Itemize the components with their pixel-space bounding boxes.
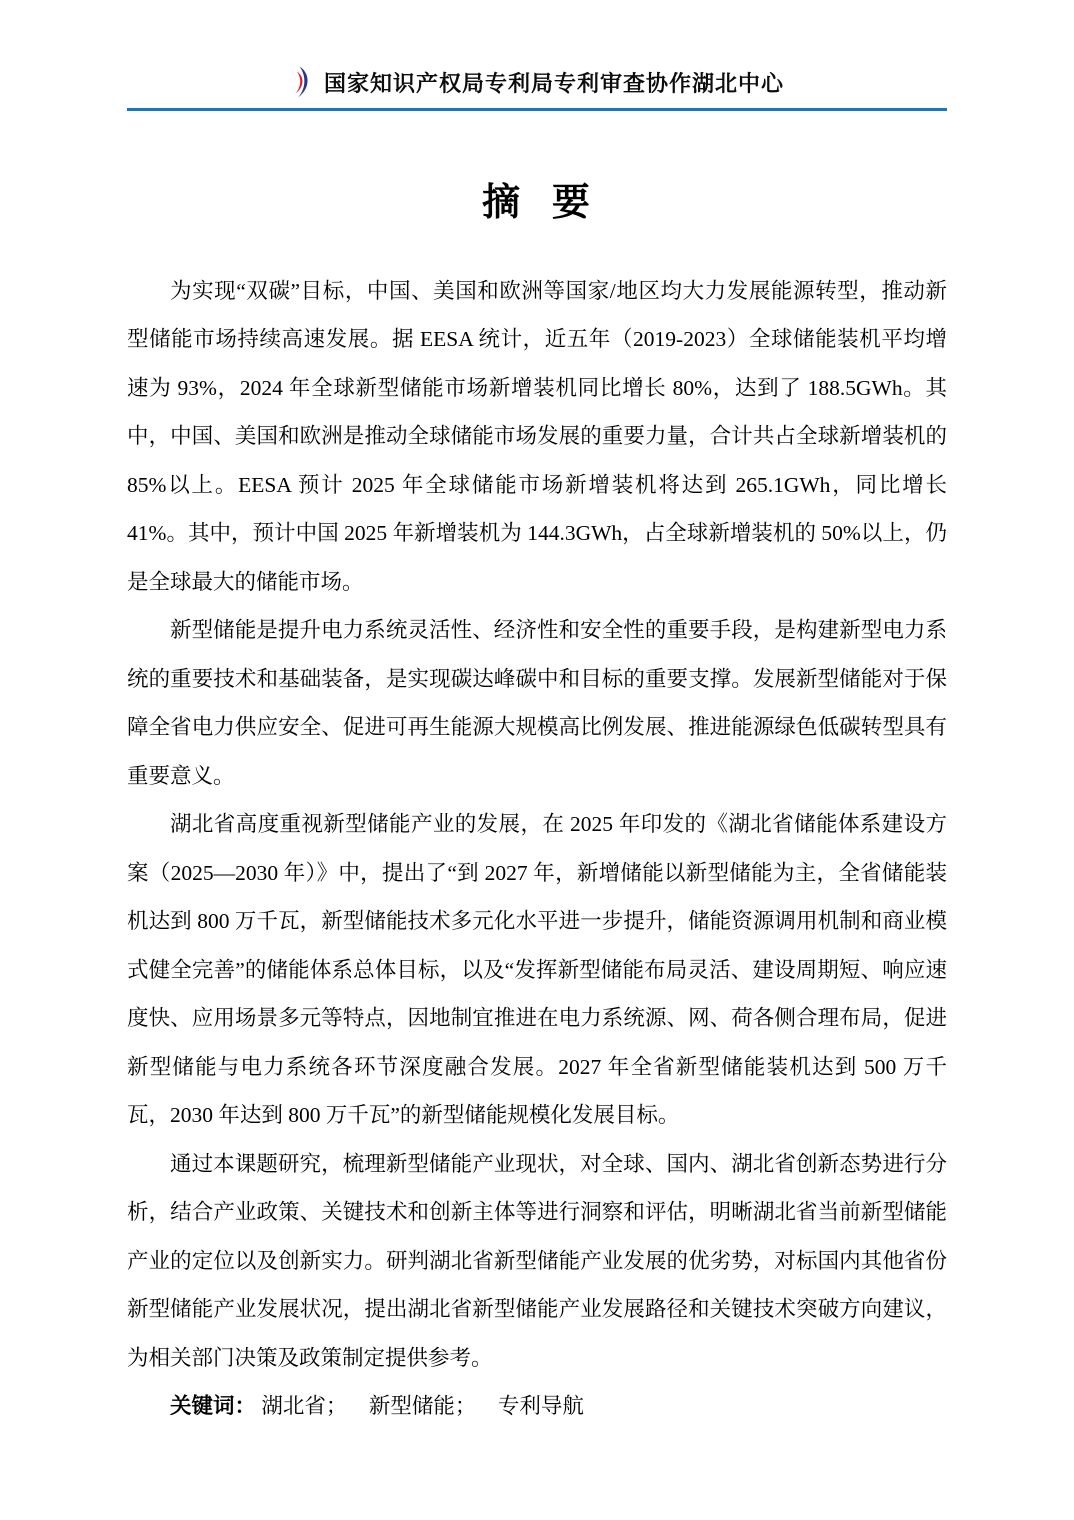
keyword-item: 新型储能； <box>369 1394 477 1418</box>
keyword-item: 专利导航 <box>498 1394 584 1418</box>
abstract-body: 为实现“双碳”目标，中国、美国和欧洲等国家/地区均大力发展能源转型，推动新型储能… <box>127 267 947 1431</box>
keywords-line: 关键词： 湖北省； 新型储能； 专利导航 <box>127 1382 947 1431</box>
org-name: 国家知识产权局专利局专利审查协作湖北中心 <box>324 67 784 98</box>
header-divider <box>127 108 947 111</box>
cnipa-logo-icon <box>290 66 312 98</box>
abstract-paragraph-1: 为实现“双碳”目标，中国、美国和欧洲等国家/地区均大力发展能源转型，推动新型储能… <box>127 267 947 607</box>
document-page: 国家知识产权局专利局专利审查协作湖北中心 摘 要 为实现“双碳”目标，中国、美国… <box>0 0 1074 1520</box>
abstract-paragraph-3: 湖北省高度重视新型储能产业的发展，在 2025 年印发的《湖北省储能体系建设方案… <box>127 800 947 1140</box>
abstract-paragraph-4: 通过本课题研究，梳理新型储能产业现状，对全球、国内、湖北省创新态势进行分析，结合… <box>127 1140 947 1383</box>
page-header: 国家知识产权局专利局专利审查协作湖北中心 <box>127 0 947 111</box>
keywords-label: 关键词： <box>170 1394 256 1418</box>
page-title: 摘 要 <box>0 181 1074 227</box>
header-brand: 国家知识产权局专利局专利审查协作湖北中心 <box>127 66 947 98</box>
abstract-paragraph-2: 新型储能是提升电力系统灵活性、经济性和安全性的重要手段，是构建新型电力系统的重要… <box>127 606 947 800</box>
keyword-item: 湖北省； <box>261 1394 347 1418</box>
